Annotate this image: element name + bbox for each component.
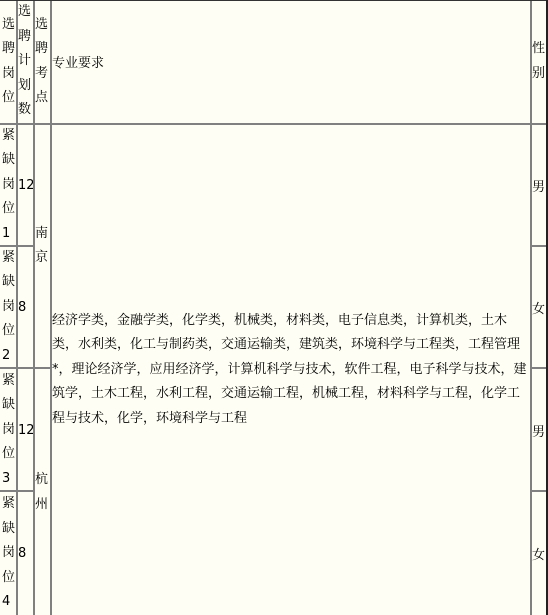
row-3-gender-value: 男 xyxy=(532,421,545,440)
grid-vline-3 xyxy=(50,0,52,615)
recruitment-table: 选聘岗位 选聘计划数 选聘考点 专业要求 性别 紧缺岗位1 12 男 紧缺岗位2… xyxy=(0,0,548,615)
row-4-gender-value: 女 xyxy=(532,544,545,563)
row-1-gender: 男 xyxy=(532,125,546,245)
table-top-border xyxy=(0,0,548,1)
row-4-plan-count: 8 xyxy=(18,492,32,615)
row-1-position: 紧缺岗位1 xyxy=(2,125,16,245)
row-4-position: 紧缺岗位4 xyxy=(2,492,16,615)
header-gender-label: 性别 xyxy=(532,37,546,86)
row-1-gender-value: 男 xyxy=(532,176,545,195)
row-1-position-label: 紧缺岗位1 xyxy=(2,124,16,247)
row-2-position-label: 紧缺岗位2 xyxy=(2,246,16,369)
requirements-cell: 经济学类，金融学类，化学类，机械类，材料类，电子信息类，计算机类，土木类，水利类… xyxy=(52,125,530,615)
location-nanjing: 南京 xyxy=(35,125,49,367)
grid-vline-4 xyxy=(530,0,532,615)
grid-hline-header xyxy=(0,123,548,125)
header-requirements: 专业要求 xyxy=(52,0,522,123)
header-plan-count: 选聘计划数 xyxy=(18,0,32,123)
grid-hline-row2 xyxy=(0,367,52,369)
header-location-label: 选聘考点 xyxy=(35,13,49,111)
grid-hline-row3-pos xyxy=(0,490,35,492)
row-4-plan-count-value: 8 xyxy=(18,546,26,561)
row-2-gender: 女 xyxy=(532,247,546,367)
row-2-plan-count: 8 xyxy=(18,247,32,367)
location-hangzhou: 杭州 xyxy=(35,370,49,615)
row-3-position-label: 紧缺岗位3 xyxy=(2,369,16,492)
row-3-gender: 男 xyxy=(532,370,546,490)
row-3-plan-count: 12 xyxy=(18,370,32,490)
location-hangzhou-label: 杭州 xyxy=(35,468,49,517)
grid-hline-row1-pos xyxy=(0,245,35,247)
header-location: 选聘考点 xyxy=(35,0,49,123)
row-1-plan-count: 12 xyxy=(18,125,32,245)
grid-vline-2 xyxy=(33,0,35,615)
row-2-gender-value: 女 xyxy=(532,298,545,317)
header-requirements-label: 专业要求 xyxy=(52,52,104,71)
requirements-text: 经济学类，金融学类，化学类，机械类，材料类，电子信息类，计算机类，土木类，水利类… xyxy=(52,309,530,432)
row-2-position: 紧缺岗位2 xyxy=(2,247,16,367)
row-2-plan-count-value: 8 xyxy=(18,300,26,315)
row-4-gender: 女 xyxy=(532,492,546,615)
header-position: 选聘岗位 xyxy=(2,0,16,123)
header-position-label: 选聘岗位 xyxy=(2,13,16,111)
location-nanjing-label: 南京 xyxy=(35,222,49,271)
header-gender: 性别 xyxy=(532,0,546,123)
row-3-position: 紧缺岗位3 xyxy=(2,370,16,490)
header-plan-count-label: 选聘计划数 xyxy=(18,0,32,123)
grid-vline-1 xyxy=(16,0,18,615)
row-4-position-label: 紧缺岗位4 xyxy=(2,492,16,615)
